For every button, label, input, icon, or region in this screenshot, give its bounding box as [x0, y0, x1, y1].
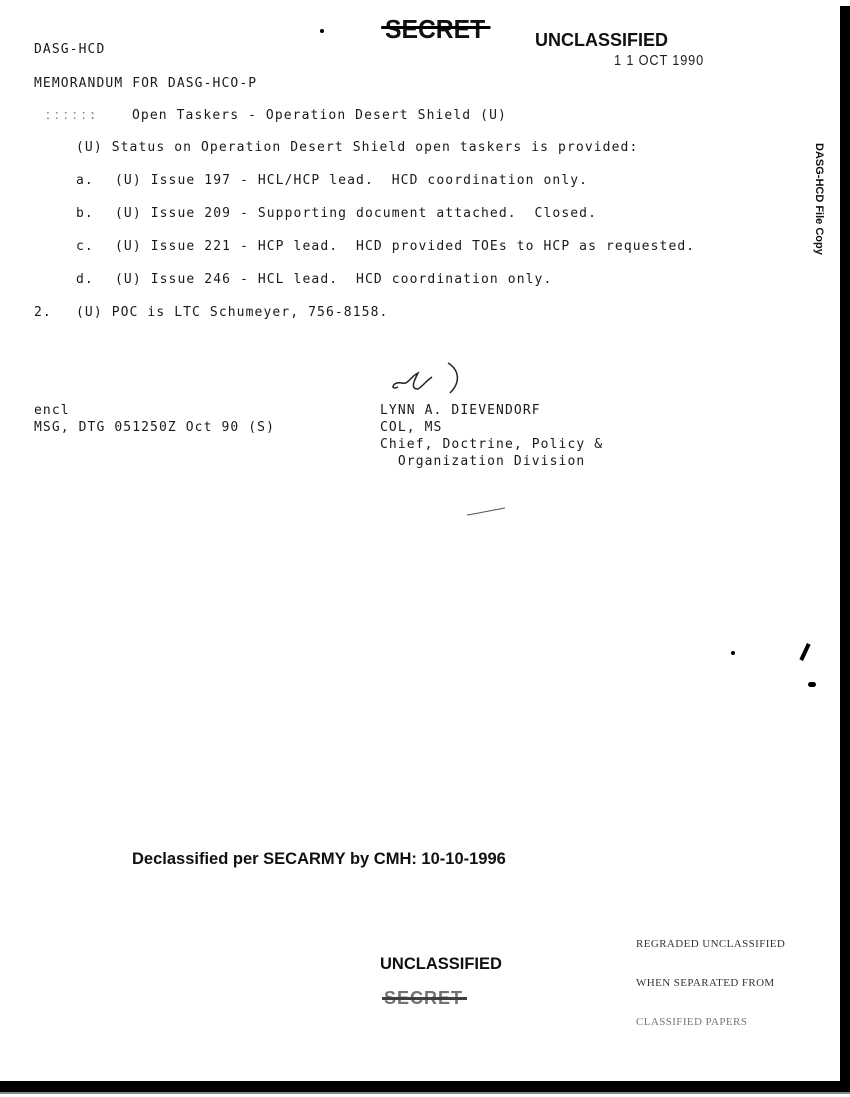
item-label-a: a.: [76, 173, 94, 188]
classification-secret-text: SECRET: [385, 14, 485, 44]
classification-bottom: UNCLASSIFIED: [380, 955, 502, 974]
classification-bottom-secret-struck: SECRET: [384, 988, 463, 1009]
classification-secret-struck: SECRET: [385, 14, 485, 45]
classification-top: UNCLASSIFIED: [535, 30, 668, 51]
item-text-a: (U) Issue 197 - HCL/HCP lead. HCD coordi…: [115, 173, 588, 188]
signer-title-line1: Chief, Doctrine, Policy &: [380, 437, 603, 452]
page-bottom-edge: [0, 1081, 850, 1092]
page-right-edge: [840, 6, 850, 1093]
speck: [320, 29, 324, 33]
item-label-c: c.: [76, 239, 94, 254]
declassified-statement: Declassified per SECARMY by CMH: 10-10-1…: [132, 850, 506, 869]
regraded-stamp-line2: WHEN SEPARATED FROM: [636, 977, 785, 990]
pen-mark: [799, 643, 810, 661]
enclosure-text: MSG, DTG 051250Z Oct 90 (S): [34, 420, 275, 435]
signature-icon: [380, 355, 480, 400]
page-bottom-edge-shadow: [0, 1092, 850, 1094]
regraded-stamp: REGRADED UNCLASSIFIED WHEN SEPARATED FRO…: [636, 912, 785, 1042]
regraded-stamp-line1: REGRADED UNCLASSIFIED: [636, 938, 785, 951]
strikethrough-line: [381, 26, 491, 29]
pen-mark: [808, 682, 816, 687]
file-copy-side-label: DASG-HCD File Copy: [805, 143, 825, 283]
item-label-b: b.: [76, 206, 94, 221]
subject-line: Open Taskers - Operation Desert Shield (…: [132, 108, 507, 123]
para2-label: 2.: [34, 305, 52, 320]
item-label-d: d.: [76, 272, 94, 287]
memorandum-for: MEMORANDUM FOR DASG-HCO-P: [34, 76, 257, 91]
item-text-d: (U) Issue 246 - HCL lead. HCD coordinati…: [115, 272, 552, 287]
signer-name: LYNN A. DIEVENDORF: [380, 403, 541, 418]
intro-paragraph: (U) Status on Operation Desert Shield op…: [76, 140, 638, 155]
enclosure-label: encl: [34, 403, 70, 418]
item-text-c: (U) Issue 221 - HCP lead. HCD provided T…: [115, 239, 695, 254]
subject-prefix: ːːːːː:: [44, 108, 98, 123]
item-text-b: (U) Issue 209 - Supporting document atta…: [115, 206, 597, 221]
para2-text: (U) POC is LTC Schumeyer, 756-8158.: [76, 305, 388, 320]
date-stamp: 1 1 OCT 1990: [614, 52, 704, 69]
office-symbol: DASG-HCD: [34, 42, 105, 57]
signer-title-line2: Organization Division: [380, 454, 585, 469]
pen-stroke-icon: [465, 505, 510, 517]
signer-rank: COL, MS: [380, 420, 443, 435]
speck: [731, 651, 735, 655]
strikethrough-line: [382, 997, 467, 1000]
regraded-stamp-line3: CLASSIFIED PAPERS: [636, 1016, 785, 1029]
